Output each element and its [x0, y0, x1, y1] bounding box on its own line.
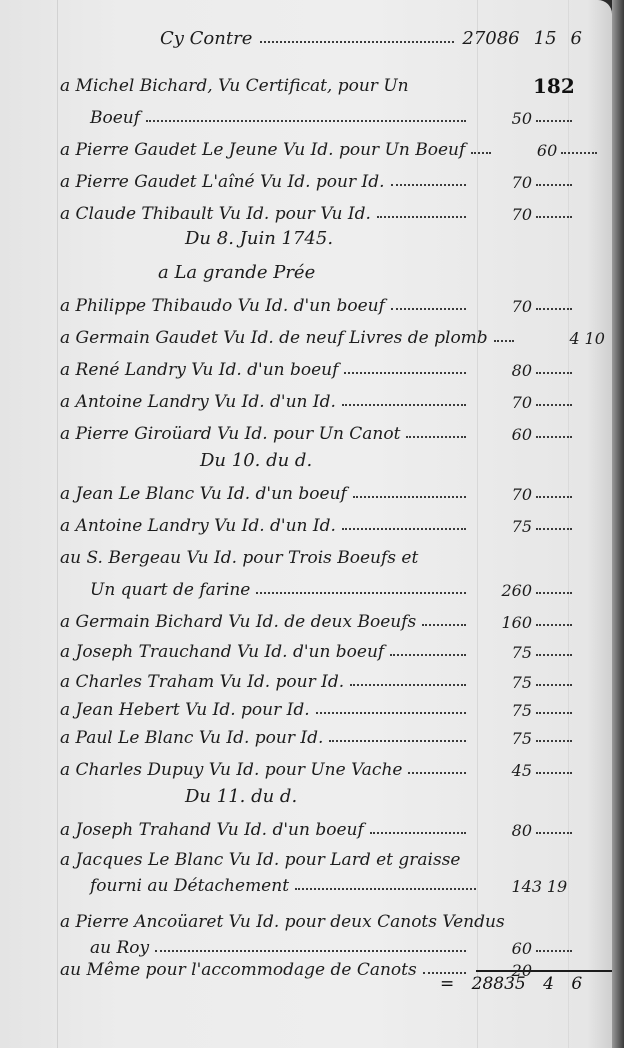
- ledger-entry: a Paul Le Blanc Vu Id. pour Id. 75: [60, 720, 572, 748]
- total-deniers: 6: [571, 974, 582, 994]
- carried-forward-line: Cy Contre 27086 15 6: [160, 28, 582, 49]
- entry-livres: 50: [472, 109, 532, 128]
- carried-forward-deniers: 6: [571, 28, 582, 49]
- carried-forward-label: Cy Contre: [160, 28, 252, 49]
- ledger-entry: a Pierre Giroüard Vu Id. pour Un Canot 6…: [60, 416, 572, 444]
- ledger-entry: a Michel Bichard, Vu Certificat, pour Un: [60, 68, 572, 96]
- total-prefix: =: [440, 974, 454, 994]
- leader-dots: [260, 41, 454, 43]
- ledger-entry: a Joseph Trahand Vu Id. d'un boeuf 80: [60, 812, 572, 840]
- ledger-entry: a René Landry Vu Id. d'un boeuf 80: [60, 352, 572, 380]
- ledger-entry: a Germain Gaudet Vu Id. de neuf Livres d…: [60, 320, 572, 348]
- ledger-entry: a Charles Dupuy Vu Id. pour Une Vache 45: [60, 752, 572, 780]
- ledger-page: Cy Contre 27086 15 6 182 a Michel Bichar…: [0, 0, 612, 1048]
- book-spine-edge: [612, 0, 624, 1048]
- ledger-entry-continuation: Boeuf 50: [90, 100, 572, 128]
- ledger-entry-continuation: fourni au Détachement 143 19: [90, 868, 572, 896]
- ledger-entry: a Philippe Thibaudo Vu Id. d'un boeuf 70: [60, 288, 572, 316]
- ledger-entry-continuation: Un quart de farine 260: [90, 572, 572, 600]
- date-heading: Du 8. Juin 1745.: [185, 228, 333, 249]
- carried-forward-sols: 15: [534, 28, 557, 49]
- ledger-entry: a Germain Bichard Vu Id. de deux Boeufs …: [60, 604, 572, 632]
- ledger-entry: a Pierre Ancoüaret Vu Id. pour deux Cano…: [60, 904, 572, 932]
- total-sols: 4: [543, 974, 554, 994]
- margin-rule: [57, 0, 58, 1048]
- ledger-entry: a Joseph Trauchand Vu Id. d'un boeuf 75: [60, 634, 572, 662]
- ledger-entry: au S. Bergeau Vu Id. pour Trois Boeufs e…: [60, 540, 572, 568]
- date-heading: Du 11. du d.: [185, 786, 297, 807]
- ledger-entry: a Pierre Gaudet L'aîné Vu Id. pour Id. 7…: [60, 164, 572, 192]
- carried-forward-livres: 27086: [462, 28, 519, 49]
- ledger-entry: a Jean Le Blanc Vu Id. d'un boeuf 70: [60, 476, 572, 504]
- entry-text: a Michel Bichard, Vu Certificat, pour Un: [60, 76, 409, 96]
- total-livres: 28835: [472, 974, 526, 994]
- ledger-entry: a Jacques Le Blanc Vu Id. pour Lard et g…: [60, 842, 572, 870]
- ledger-entry: a Charles Traham Vu Id. pour Id. 75: [60, 664, 572, 692]
- ledger-entry: a Antoine Landry Vu Id. d'un Id. 75: [60, 508, 572, 536]
- total-rule: [476, 970, 612, 972]
- ledger-entry: a Pierre Gaudet Le Jeune Vu Id. pour Un …: [60, 132, 572, 160]
- ledger-entry: a Claude Thibault Vu Id. pour Vu Id. 70: [60, 196, 572, 224]
- ledger-entry: a Jean Hebert Vu Id. pour Id. 75: [60, 692, 572, 720]
- page-total: = 28835 4 6: [440, 974, 594, 994]
- place-heading: a La grande Prée: [158, 262, 315, 283]
- ledger-entry: a Antoine Landry Vu Id. d'un Id. 70: [60, 384, 572, 412]
- date-heading: Du 10. du d.: [200, 450, 312, 471]
